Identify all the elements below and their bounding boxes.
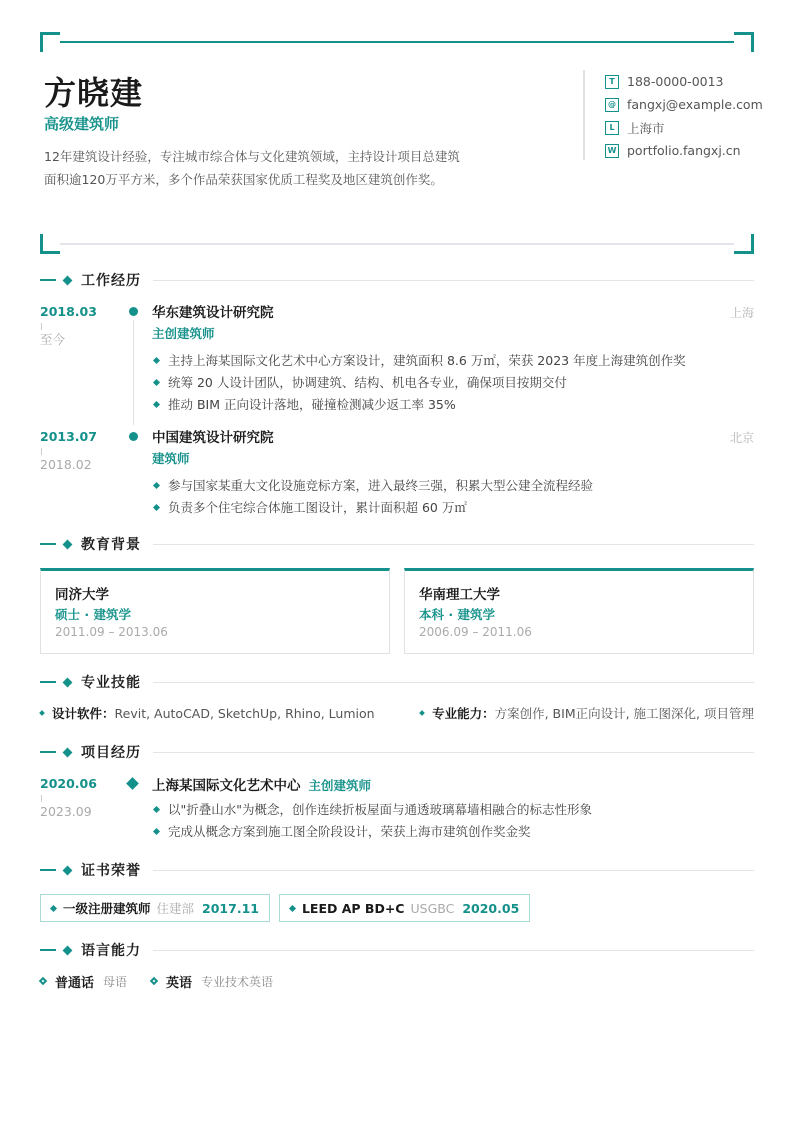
date-separator [41,795,42,802]
work-dates: 2018.03 至今 [40,304,124,415]
header-bottom-rule [60,243,734,245]
skill-value: 方案创作, BIM正向设计, 施工图深化, 项目管理 [495,704,754,722]
website-value[interactable]: portfolio.fangxj.cn [627,143,741,158]
work-body: 华东建筑设计研究院 上海 主创建筑师 主持上海某国际文化艺术中心方案设计，建筑面… [152,304,754,415]
bullet-item: 统筹 20 人设计团队，协调建筑、结构、机电各专业，确保项目按期交付 [152,371,754,393]
email-icon: @ [605,98,619,112]
work-bullets: 参与国家某重大文化设施竞标方案，进入最终三强，积累大型公建全流程经验 负责多个住… [152,474,754,518]
cert-list: 一级注册建筑师 住建部 2017.11 LEED AP BD+C USGBC 2… [40,894,754,922]
bullet-item: 负责多个住宅综合体施工图设计，累计面积超 60 万㎡ [152,496,754,518]
resume-header: 方晓建 高级建筑师 12年建筑设计经验，专注城市综合体与文化建筑领域，主持设计项… [40,32,754,254]
timeline-dot-icon [129,432,138,441]
start-date: 2018.03 [40,304,124,320]
project-bullets: 以"折叠山水"为概念，创作连续折板屋面与通透玻璃幕墙相融合的标志性形象 完成从概… [152,798,754,842]
skill-diamond-icon [39,710,45,716]
section-rule [153,752,754,753]
bullet-text: 完成从概念方案到施工图全阶段设计，荣获上海市建筑创作奖金奖 [168,822,531,840]
language-name: 英语 [166,972,192,991]
section-rule [153,682,754,683]
bullet-text: 负责多个住宅综合体施工图设计，累计面积超 60 万㎡ [168,498,467,516]
skill-value: Revit, AutoCAD, SketchUp, Rhino, Lumion [115,706,375,721]
section-title: 项目经历 [81,742,141,762]
project-title-row: 上海某国际文化艺术中心主创建筑师 [152,776,754,794]
organization: 中国建筑设计研究院 [152,429,274,447]
diamond-icon [63,275,73,285]
study-period: 2011.09 – 2013.06 [55,625,375,639]
degree: 本科 · 建筑学 [419,605,739,623]
diamond-icon [63,945,73,955]
section-dash [40,751,56,753]
project-dates: 2020.06 2023.09 [40,776,124,842]
language-list: 普通话 母语 英语 专业技术英语 [40,972,754,990]
end-date: 至今 [40,332,124,348]
skills-row: 设计软件： Revit, AutoCAD, SketchUp, Rhino, L… [40,704,754,722]
section-header-projects: 项目经历 [40,742,754,762]
phone-value: 188-0000-0013 [627,74,724,89]
summary-text: 12年建筑设计经验，专注城市综合体与文化建筑领域，主持设计项目总建筑面积逾120… [44,145,468,191]
work-body: 中国建筑设计研究院 北京 建筑师 参与国家某重大文化设施竞标方案，进入最终三强，… [152,429,754,518]
contact-list: T 188-0000-0013 @ fangxj@example.com L 上… [583,70,763,160]
section-rule [153,950,754,951]
language-diamond-icon [150,977,158,985]
section-title: 教育背景 [81,534,141,554]
section-rule [153,280,754,281]
diamond-icon [63,677,73,687]
work-entry: 2018.03 至今 华东建筑设计研究院 上海 主创建筑师 主持上海某国际文化艺… [40,304,754,415]
section-rule [153,544,754,545]
project-diamond-icon [126,777,139,790]
education-card: 华南理工大学 本科 · 建筑学 2006.09 – 2011.06 [404,568,754,654]
org-row: 中国建筑设计研究院 北京 [152,429,754,447]
section-dash [40,279,56,281]
work-entry: 2013.07 2018.02 中国建筑设计研究院 北京 建筑师 参与国家某重大… [40,429,754,518]
end-date: 2023.09 [40,804,124,820]
bullet-text: 统筹 20 人设计团队，协调建筑、结构、机电各专业，确保项目按期交付 [168,373,567,391]
degree: 硕士 · 建筑学 [55,605,375,623]
section-header-education: 教育背景 [40,534,754,554]
section-header-certs: 证书荣誉 [40,860,754,880]
section-header-work: 工作经历 [40,270,754,290]
diamond-icon [63,747,73,757]
bullet-item: 以"折叠山水"为概念，创作连续折板屋面与通透玻璃幕墙相融合的标志性形象 [152,798,754,820]
section-dash [40,869,56,871]
section-dash [40,543,56,545]
skill-key: 设计软件： [52,704,115,722]
project-entry: 2020.06 2023.09 上海某国际文化艺术中心主创建筑师 以"折叠山水"… [40,776,754,842]
education-cards: 同济大学 硕士 · 建筑学 2011.09 – 2013.06 华南理工大学 本… [40,568,754,654]
bullet-text: 以"折叠山水"为概念，创作连续折板屋面与通透玻璃幕墙相融合的标志性形象 [168,800,592,818]
project-body: 上海某国际文化艺术中心主创建筑师 以"折叠山水"为概念，创作连续折板屋面与通透玻… [152,776,754,842]
start-date: 2020.06 [40,776,124,792]
cert-name: LEED AP BD+C [302,901,405,916]
section-header-skills: 专业技能 [40,672,754,692]
date-separator [41,448,42,455]
website-icon: W [605,144,619,158]
bullet-diamond-icon [153,400,160,407]
skill-item: 设计软件： Revit, AutoCAD, SketchUp, Rhino, L… [40,704,375,722]
contact-location: L 上海市 [605,116,763,139]
language-item: 英语 专业技术英语 [151,972,273,991]
candidate-title: 高级建筑师 [44,113,119,134]
bullet-diamond-icon [153,827,160,834]
project-role: 主创建筑师 [309,778,372,793]
corner-bottom-left [40,234,60,254]
skill-key: 专业能力： [432,704,495,722]
cert-name: 一级注册建筑师 [63,899,151,917]
project-name: 上海某国际文化艺术中心 [152,778,301,794]
study-period: 2006.09 – 2011.06 [419,625,739,639]
cert-diamond-icon [289,904,296,911]
timeline [124,776,152,842]
bullet-text: 推动 BIM 正向设计落地，碰撞检测减少返工率 35% [168,395,456,413]
location-value: 上海市 [627,119,665,137]
corner-top-right [734,32,754,52]
language-level: 母语 [103,973,127,990]
section-title: 工作经历 [81,270,141,290]
header-top-rule [60,41,734,43]
bullet-diamond-icon [153,378,160,385]
work-bullets: 主持上海某国际文化艺术中心方案设计，建筑面积 8.6 万㎡，荣获 2023 年度… [152,349,754,415]
section-title: 专业技能 [81,672,141,692]
bullet-text: 主持上海某国际文化艺术中心方案设计，建筑面积 8.6 万㎡，荣获 2023 年度… [168,351,686,369]
work-location: 上海 [730,304,754,321]
phone-icon: T [605,75,619,89]
education-card: 同济大学 硕士 · 建筑学 2011.09 – 2013.06 [40,568,390,654]
corner-top-left [40,32,60,52]
timeline [124,429,152,518]
language-item: 普通话 母语 [40,972,127,991]
contact-phone: T 188-0000-0013 [605,70,763,93]
corner-bottom-right [734,234,754,254]
contact-email: @ fangxj@example.com [605,93,763,116]
section-title: 证书荣誉 [81,860,141,880]
cert-diamond-icon [50,904,57,911]
start-date: 2013.07 [40,429,124,445]
section-rule [153,870,754,871]
org-row: 华东建筑设计研究院 上海 [152,304,754,322]
timeline-line [133,320,134,425]
language-diamond-icon [39,977,47,985]
resume-page: 方晓建 高级建筑师 12年建筑设计经验，专注城市综合体与文化建筑领域，主持设计项… [40,32,754,990]
work-role: 主创建筑师 [152,325,754,342]
bullet-diamond-icon [153,481,160,488]
section-dash [40,681,56,683]
bullet-item: 推动 BIM 正向设计落地，碰撞检测减少返工率 35% [152,393,754,415]
bullet-text: 参与国家某重大文化设施竞标方案，进入最终三强，积累大型公建全流程经验 [168,476,593,494]
work-location: 北京 [730,429,754,446]
skill-item: 专业能力： 方案创作, BIM正向设计, 施工图深化, 项目管理 [420,704,754,722]
organization: 华东建筑设计研究院 [152,304,274,322]
section-title: 语言能力 [81,940,141,960]
school-name: 华南理工大学 [419,583,739,601]
work-dates: 2013.07 2018.02 [40,429,124,518]
bullet-item: 完成从概念方案到施工图全阶段设计，荣获上海市建筑创作奖金奖 [152,820,754,842]
bullet-item: 参与国家某重大文化设施竞标方案，进入最终三强，积累大型公建全流程经验 [152,474,754,496]
section-dash [40,949,56,951]
contact-website: W portfolio.fangxj.cn [605,139,763,162]
location-icon: L [605,121,619,135]
email-value[interactable]: fangxj@example.com [627,97,763,112]
cert-issuer: 住建部 [157,899,195,917]
bullet-diamond-icon [153,503,160,510]
section-header-languages: 语言能力 [40,940,754,960]
work-role: 建筑师 [152,450,754,467]
cert-year: 2017.11 [202,901,259,916]
cert-badge: 一级注册建筑师 住建部 2017.11 [40,894,270,922]
language-level: 专业技术英语 [201,973,273,990]
timeline-dot-icon [129,307,138,316]
cert-year: 2020.05 [462,901,519,916]
bullet-item: 主持上海某国际文化艺术中心方案设计，建筑面积 8.6 万㎡，荣获 2023 年度… [152,349,754,371]
timeline [124,304,152,415]
bullet-diamond-icon [153,805,160,812]
language-name: 普通话 [55,972,94,991]
cert-issuer: USGBC [410,901,454,916]
diamond-icon [63,865,73,875]
cert-badge: LEED AP BD+C USGBC 2020.05 [279,894,530,922]
bullet-diamond-icon [153,356,160,363]
diamond-icon [63,539,73,549]
date-separator [41,323,42,330]
end-date: 2018.02 [40,457,124,473]
skill-diamond-icon [419,710,425,716]
school-name: 同济大学 [55,583,375,601]
candidate-name: 方晓建 [44,68,143,114]
